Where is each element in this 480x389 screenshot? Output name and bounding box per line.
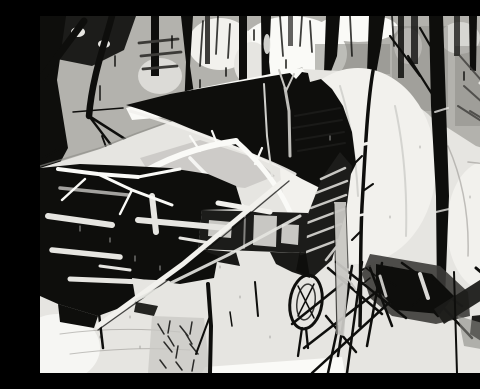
photograph: Black-and-white photograph of snow-cover… (40, 16, 480, 373)
photo-canvas (40, 16, 480, 373)
